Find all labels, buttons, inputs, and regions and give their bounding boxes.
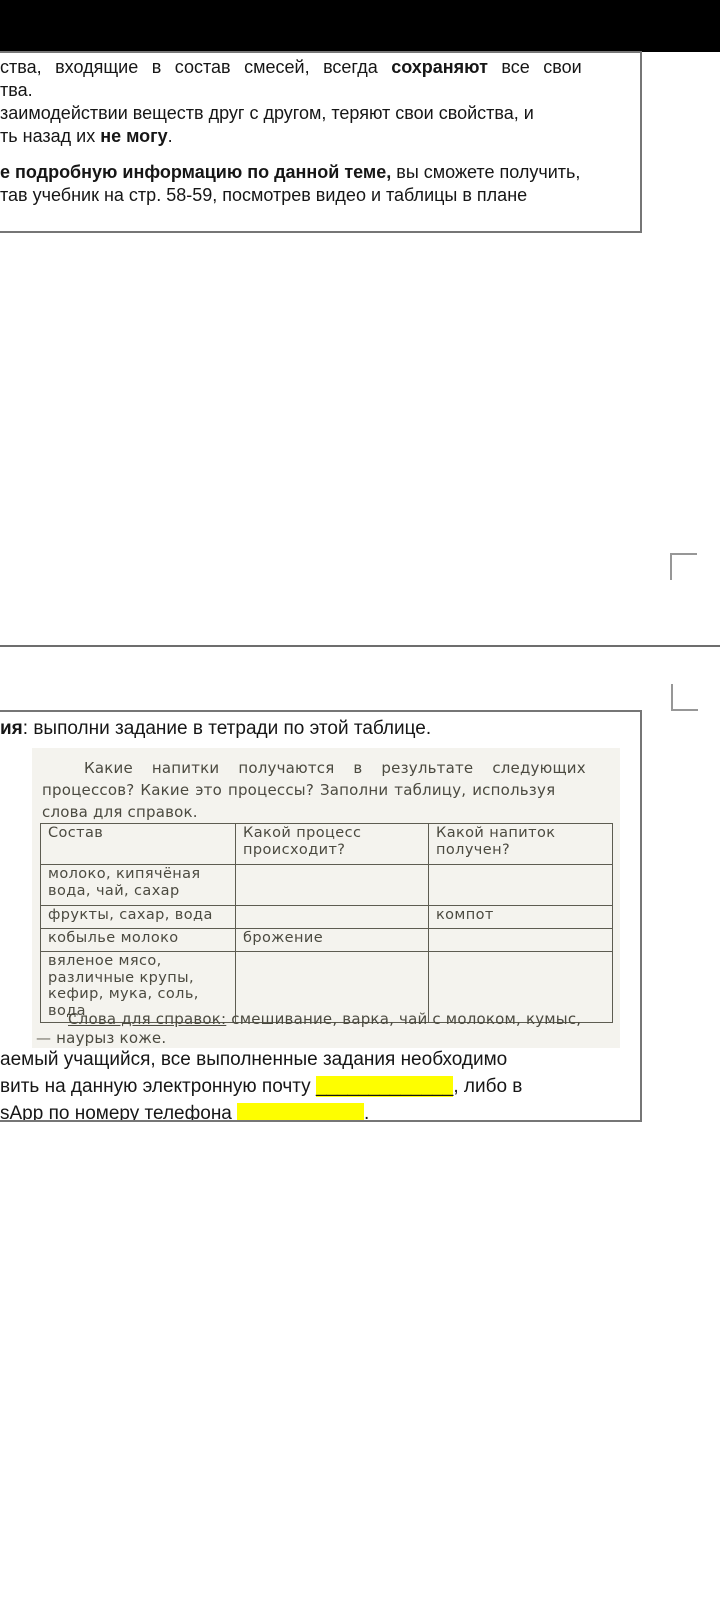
page-break-line — [0, 645, 720, 647]
table-cell: фрукты, сахар, вода — [41, 906, 236, 929]
task-intro-line: ия: выполни задание в тетради по этой та… — [0, 717, 431, 741]
table-cell — [429, 929, 613, 952]
textbook-scan-image: Какие напитки получаются в результате сл… — [32, 748, 620, 1048]
scan-paragraph-line: слова для справок. — [42, 801, 610, 823]
paragraph-spacer — [0, 148, 630, 161]
text-segment: вы сможете получить, — [391, 162, 580, 182]
reference-words-block: Слова для справок: смешивание, варка, ча… — [42, 1010, 581, 1048]
bold-text-segment: сохраняют — [391, 57, 488, 77]
scan-paragraph-line: Какие напитки получаются в результате сл… — [42, 757, 610, 779]
bold-text-segment: не могу — [100, 126, 167, 146]
text-segment: , либо в — [453, 1076, 522, 1097]
table-header-cell: Какой напиток получен? — [429, 824, 613, 865]
table-cell: кобылье молоко — [41, 929, 236, 952]
document-page-2-text-box: ия: выполни задание в тетради по этой та… — [0, 710, 642, 1122]
paragraph-line: тав учебник на стр. 58-59, посмотрев вид… — [0, 184, 630, 207]
reference-words-line: Слова для справок: смешивание, варка, ча… — [42, 1010, 581, 1029]
table-header-cell: Состав — [41, 824, 236, 865]
text-segment: наурыз коже. — [51, 1029, 166, 1047]
table-header-cell: Какой процесс происходит? — [236, 824, 429, 865]
table-cell: молоко, кипячёная вода, чай, сахар — [41, 865, 236, 906]
scan-margin-dash: — — [36, 1029, 51, 1047]
reference-words-label: Слова для справок: — [68, 1010, 226, 1028]
submission-instructions-paragraph: аемый учащийся, все выполненные задания … — [0, 1046, 522, 1122]
paragraph-line: . — [0, 217, 630, 233]
table-row: молоко, кипячёная вода, чай, сахар — [41, 865, 613, 906]
document-viewer[interactable]: { "colors": { "black_bar": "#000000", "p… — [0, 0, 720, 1600]
table-row: кобылье молоко брожение — [41, 929, 613, 952]
paragraph-line: тва. — [0, 79, 630, 102]
text-segment: ства, входящие в состав смесей, всегда — [0, 57, 391, 77]
paragraph-line: заимодействии веществ друг с другом, тер… — [0, 102, 630, 125]
document-page-1-text-box: ства, входящие в состав смесей, всегда с… — [0, 51, 642, 233]
scan-task-paragraph: Какие напитки получаются в результате сл… — [32, 748, 620, 823]
paragraph-line: ть назад их не могу. — [0, 125, 630, 148]
table-cell — [236, 865, 429, 906]
paragraph-line: аемый учащийся, все выполненные задания … — [0, 1046, 522, 1073]
table-cell — [236, 906, 429, 929]
text-boundary-corner-mark-bottom — [671, 684, 698, 711]
bold-text-segment: ия — [0, 718, 23, 739]
text-boundary-corner-mark-top — [670, 553, 697, 580]
table-header-row: Состав Какой процесс происходит? Какой н… — [41, 824, 613, 865]
table-cell — [429, 865, 613, 906]
text-segment: ть назад их — [0, 126, 100, 146]
text-segment: вить на данную электронную почту — [0, 1076, 316, 1097]
highlight-blank-email: _____________ — [316, 1076, 453, 1097]
text-segment: . — [168, 126, 173, 146]
bold-text-segment: е подробную информацию по данной теме, — [0, 162, 391, 182]
table-cell: брожение — [236, 929, 429, 952]
table-row: фрукты, сахар, вода компот — [41, 906, 613, 929]
paragraph-line: вить на данную электронную почту _______… — [0, 1073, 522, 1100]
paragraph-line: е подробную информацию по данной теме, в… — [0, 161, 630, 184]
paragraph-line: ства, входящие в состав смесей, всегда с… — [0, 56, 630, 79]
highlight-blank-phone: ____________ — [237, 1103, 364, 1122]
status-bar-black-strip — [0, 0, 720, 52]
text-segment: все свои — [488, 57, 582, 77]
text-segment: . — [364, 1103, 369, 1122]
drinks-process-table: Состав Какой процесс происходит? Какой н… — [40, 823, 613, 1023]
text-segment: смешивание, варка, чай с молоком, кумыс, — [226, 1010, 581, 1028]
text-segment: sApp по номеру телефона — [0, 1103, 237, 1122]
text-segment: : выполни задание в тетради по этой табл… — [23, 718, 431, 739]
scan-paragraph-line: процессов? Какие это процессы? Заполни т… — [42, 779, 610, 801]
table-cell: компот — [429, 906, 613, 929]
paragraph-line: sApp по номеру телефона ____________. — [0, 1100, 522, 1122]
paragraph-spacer — [0, 207, 630, 217]
